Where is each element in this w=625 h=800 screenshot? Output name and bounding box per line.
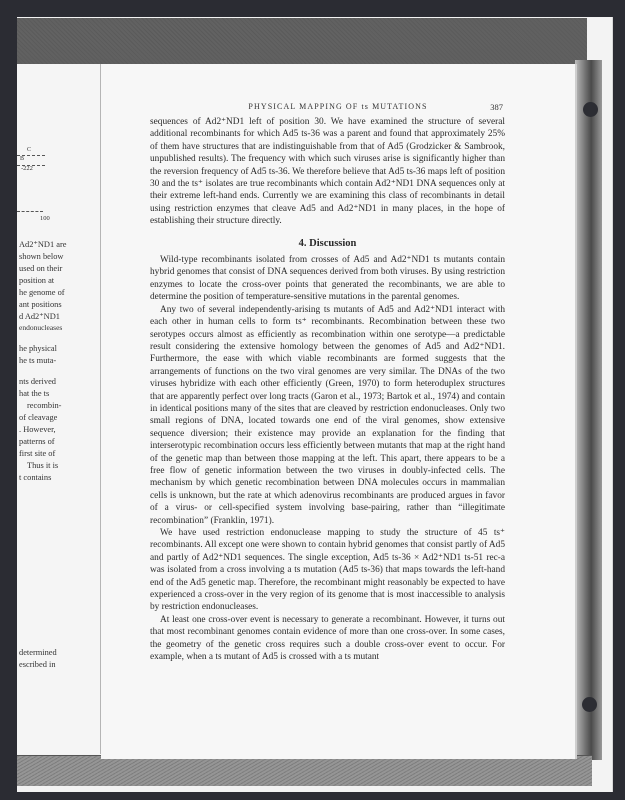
prev-text-line: t contains <box>19 474 51 482</box>
prev-text-line: Thus it is <box>27 462 58 470</box>
prev-text-line: shown below <box>19 253 63 261</box>
photocopy-shadow-right <box>575 60 602 760</box>
prev-text-line: nts derived <box>19 378 56 386</box>
punch-hole-icon <box>582 697 597 712</box>
diagram-label: C <box>27 147 31 153</box>
prev-text-line: endonucleases <box>19 324 62 332</box>
prev-text-line: Ad2⁺ND1 are <box>19 241 66 249</box>
section-heading: 4. Discussion <box>150 238 505 250</box>
diagram-label: -222 <box>21 166 33 173</box>
paragraph: We have used restriction endonuclease ma… <box>150 527 505 614</box>
prev-text-line: escribed in <box>19 661 56 669</box>
prev-text-line: determined <box>19 649 57 657</box>
paragraph: Wild-type recombinants isolated from cro… <box>150 254 505 304</box>
prev-text-line: he ts muta- <box>19 357 56 365</box>
prev-text-line: hat the ts <box>19 390 49 398</box>
punch-hole-icon <box>583 102 598 117</box>
diagram-label: 100 <box>40 216 50 223</box>
diagram-line <box>17 211 43 212</box>
diagram-label: B <box>20 156 24 162</box>
previous-page-edge: C B -222 100 Ad2⁺ND1 are shown below use… <box>17 64 101 754</box>
journal-page: PHYSICAL MAPPING OF ts MUTATIONS 387 seq… <box>101 64 577 759</box>
prev-text-line: he genome of <box>19 289 65 297</box>
prev-text-line: used on their <box>19 265 62 273</box>
prev-text-line: he physical <box>19 345 57 353</box>
prev-text-line: ant positions <box>19 301 62 309</box>
photocopy-shadow-bottom <box>17 755 592 786</box>
prev-text-line: first site of <box>19 450 55 458</box>
paragraph: sequences of Ad2⁺ND1 left of position 30… <box>150 116 505 228</box>
prev-text-line: patterns of <box>19 438 55 446</box>
paragraph: Any two of several independently-arising… <box>150 304 505 527</box>
prev-text-line: position at <box>19 277 54 285</box>
running-head: PHYSICAL MAPPING OF ts MUTATIONS <box>101 102 575 111</box>
photocopy-shadow-top <box>17 18 587 65</box>
paragraph: At least one cross-over event is necessa… <box>150 614 505 664</box>
prev-text-line: d Ad2⁺ND1 <box>19 313 60 321</box>
body-text: sequences of Ad2⁺ND1 left of position 30… <box>150 116 505 663</box>
page-number: 387 <box>490 102 503 112</box>
prev-text-line: of cleavage <box>19 414 57 422</box>
prev-text-line: recombin- <box>27 402 61 410</box>
prev-text-line: . However, <box>19 426 56 434</box>
